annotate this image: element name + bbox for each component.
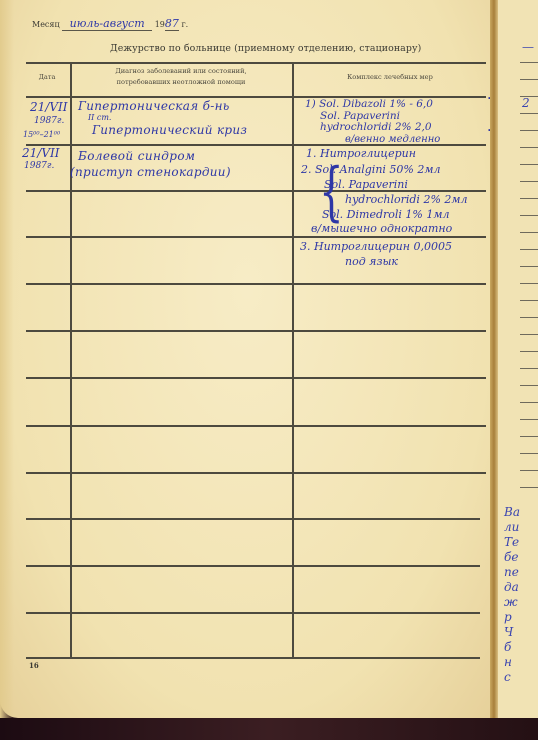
row1-date-line3: 15⁰⁰–21⁰⁰: [23, 131, 60, 139]
ruled-line: [520, 232, 538, 233]
ruled-line: [520, 368, 538, 369]
row-divider: [26, 283, 486, 285]
row2-treatment-line8: под язык: [345, 256, 398, 267]
row2-diagnosis-line1: Болевой синдром: [78, 150, 195, 162]
ruled-line: [520, 402, 538, 403]
row-divider: [26, 330, 486, 332]
book-gutter: [490, 0, 498, 718]
page-number: 16: [29, 661, 39, 670]
page-shading: [0, 0, 14, 718]
ruled-line: [520, 164, 538, 165]
row2-date-line1: 21/VII: [22, 147, 59, 159]
ruled-line: [520, 181, 538, 182]
row2-diagnosis-line2: (приступ стенокардии): [70, 166, 231, 178]
ruled-line: [520, 300, 538, 301]
row-divider: [26, 518, 480, 520]
page-title: Дежурство по больнице (приемному отделен…: [110, 43, 421, 54]
month-line: Месяц июль-август 1987 г.: [32, 17, 188, 31]
year-suffix: г.: [181, 20, 188, 29]
row1-treatment-line1: 1) Sol. Dibazoli 1% - 6,0: [305, 99, 433, 110]
row-divider: [26, 612, 480, 614]
row1-diagnosis-line2: II ст.: [88, 114, 111, 122]
column-header-diagnosis-line2: потребовавших неотложной помощи: [70, 77, 292, 88]
year-prefix: 19: [155, 20, 165, 29]
ruled-line: [520, 334, 538, 335]
ruled-line: [520, 215, 538, 216]
row1-diagnosis-line1: Гипертоническая б-нь: [78, 100, 230, 112]
ruled-line: [520, 419, 538, 420]
ruled-line: [520, 147, 538, 148]
row-divider: [26, 236, 486, 238]
ruled-line: [520, 79, 538, 80]
row-divider: [26, 565, 480, 567]
facing-page-handwriting: Те: [504, 535, 519, 549]
ruled-line: [520, 62, 538, 63]
facing-page-handwriting: Ч: [504, 625, 513, 639]
facing-page-handwriting: —: [522, 40, 534, 54]
facing-page-handwriting: бе: [504, 550, 518, 564]
ruled-line: [520, 470, 538, 471]
ruled-line: [520, 453, 538, 454]
row2-treatment-line4: hydrochloridi 2% 2мл: [345, 194, 468, 205]
column-header-date: Дата: [26, 72, 68, 83]
row-divider: [26, 190, 486, 192]
ruled-line: [520, 317, 538, 318]
ruled-line: [520, 351, 538, 352]
row1-treatment-line2: Sol. Papaverini: [320, 111, 400, 122]
column-header-diagnosis-line1: Диагноз заболеваний или состояний,: [70, 66, 292, 77]
facing-page-handwriting: ли: [504, 520, 519, 534]
facing-page-handwriting: р: [504, 610, 512, 624]
row-divider: [26, 657, 480, 659]
month-label: Месяц: [32, 20, 60, 29]
ruled-line: [520, 266, 538, 267]
ruled-line: [520, 130, 538, 131]
column-header-diagnosis: Диагноз заболеваний или состояний, потре…: [70, 66, 292, 88]
row1-date-line2: 1987г.: [34, 117, 64, 126]
ruled-line: [520, 487, 538, 488]
ruled-line: [520, 113, 538, 114]
facing-page-handwriting: с: [504, 670, 511, 684]
row2-treatment-line5: Sol. Dimedroli 1% 1мл: [322, 209, 449, 220]
row2-treatment-line3: Sol. Papaverini: [324, 179, 408, 190]
facing-page-handwriting: 2: [522, 96, 530, 110]
year-value: 87: [165, 17, 179, 31]
facing-page-handwriting: да: [504, 580, 519, 594]
row1-treatment-line4: в/венно медленно: [345, 135, 440, 145]
ruled-line: [520, 249, 538, 250]
row1-treatment-line3: hydrochloridi 2% 2,0: [320, 122, 432, 133]
row1-diagnosis-line3: Гипертонический криз: [92, 124, 247, 136]
row2-treatment-line6: в/мышечно однократно: [311, 223, 452, 234]
ruled-line: [520, 198, 538, 199]
row-divider: [26, 472, 486, 474]
facing-page-handwriting: пе: [504, 565, 519, 579]
row2-treatment-line7: 3. Нитроглицерин 0,0005: [300, 241, 452, 252]
ruled-line: [520, 385, 538, 386]
row-divider: [26, 425, 486, 427]
facing-page: 2—ВалиТебепедажрЧбнс: [498, 0, 538, 718]
row-divider: [26, 62, 486, 64]
column-header-treatment: Комплекс лечебных мер: [298, 72, 482, 83]
ruled-line: [520, 283, 538, 284]
facing-page-handwriting: Ва: [504, 505, 520, 519]
column-divider: [292, 62, 294, 657]
background-surface: [0, 718, 538, 740]
row-divider: [26, 377, 486, 379]
month-value: июль-август: [62, 17, 152, 31]
facing-page-handwriting: н: [504, 655, 512, 669]
journal-page: Месяц июль-август 1987 г. Дежурство по б…: [0, 0, 494, 718]
column-divider: [70, 62, 72, 657]
facing-page-handwriting: б: [504, 640, 511, 654]
facing-page-handwriting: ж: [504, 595, 518, 609]
row1-date-line1: 21/VII: [30, 101, 67, 113]
ruled-line: [520, 436, 538, 437]
row2-date-line2: 1987г.: [24, 162, 54, 171]
